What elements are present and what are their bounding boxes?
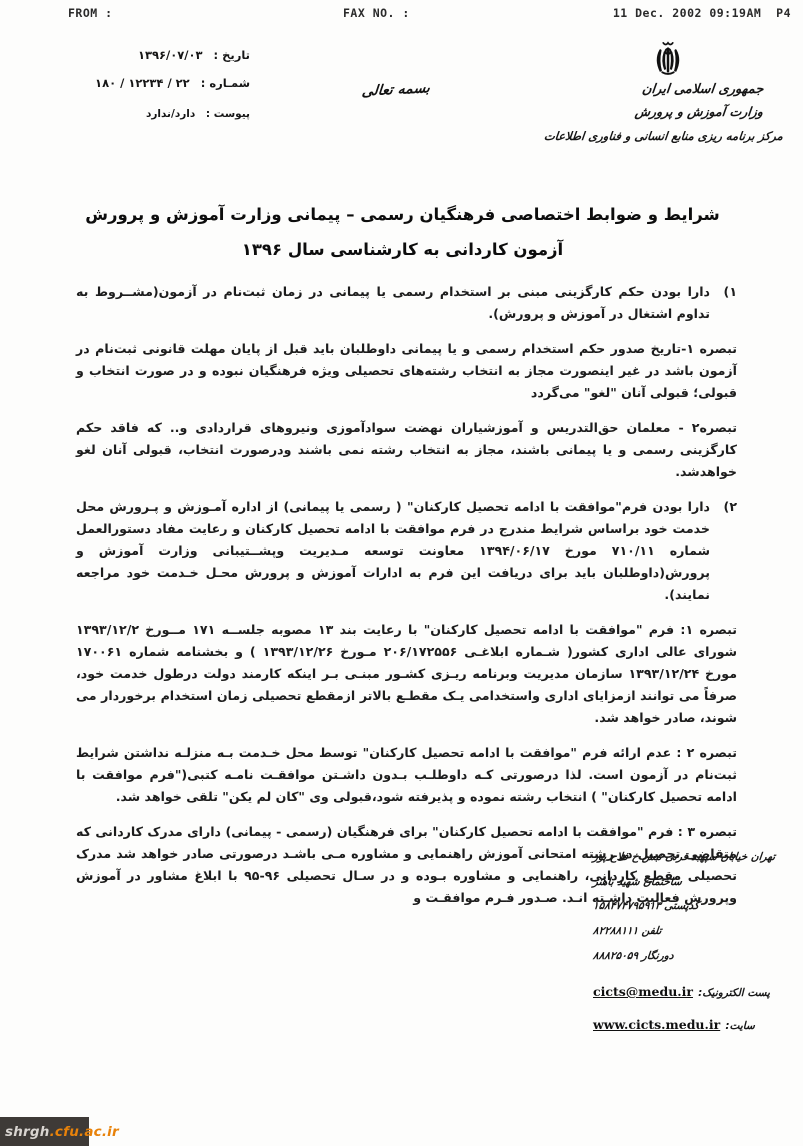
website-label: سایت: (725, 1020, 754, 1032)
note-2-text: تبصره۲ - معلمان حق‌التدریس و آموزشیاران … (76, 417, 737, 483)
watermark-suffix: .cfu.ac.ir (50, 1124, 119, 1140)
note-3-text: تبصره ۱: فرم "موافقت با ادامه تحصیل کارک… (76, 619, 737, 729)
date-label: تاریخ : (214, 48, 250, 62)
fax-from-label: FROM : (68, 6, 113, 20)
fax-datetime: 11 Dec. 2002 09:19AM P4 (613, 6, 791, 20)
address-line-2: ساختمان شهید باهنر (592, 876, 793, 888)
number-field: شمـاره : ۲۲ / ۱۲۲۳۴ / ۱۸۰ (95, 76, 250, 90)
document-title: شرایط و ضوابط اختصاصی فرهنگیان رسمی – پی… (80, 203, 725, 262)
item-1-marker: ۱) (710, 281, 737, 325)
fax-document-page: FROM : FAX NO. : 11 Dec. 2002 09:19AM P4… (0, 0, 803, 1146)
attachment-field: پیوست : دارد/ندارد (146, 108, 250, 120)
email-label: پست الکترونیک: (698, 987, 770, 999)
date-field: تاریخ : ۱۳۹۶/۰۷/۰۳ (138, 48, 250, 62)
number-label: شمـاره : (201, 76, 250, 90)
bismillah-text: بسمه تعالی (361, 80, 431, 100)
website-row: سایت: www.cicts.medu.ir (593, 1014, 793, 1033)
number-value: ۲۲ / ۱۲۲۳۴ / ۱۸۰ (95, 76, 190, 90)
title-line1: شرایط و ضوابط اختصاصی فرهنگیان رسمی – پی… (80, 203, 725, 227)
website-link[interactable]: www.cicts.medu.ir (593, 1017, 720, 1032)
postal-code-line: کدپستی ۱۵۸۴۷۴۷۹۵۹۱۳ (592, 900, 793, 912)
item-2-marker: ۲) (710, 496, 737, 606)
item-1-text: دارا بودن حکم کارگزینی مبنی بر استخدام ر… (76, 281, 710, 325)
email-link[interactable]: cicts@medu.ir (593, 984, 693, 999)
body-note-3: تبصره ۱: فرم "موافقت با ادامه تحصیل کارک… (76, 619, 737, 729)
date-value: ۱۳۹۶/۰۷/۰۳ (138, 48, 203, 62)
org-name-line3: مرکز برنامه ریزی منابع انسانی و فناوری ا… (543, 129, 783, 143)
body-note-1: تبصره ۱-تاریخ صدور حکم استخدام رسمی و یا… (76, 338, 737, 404)
attachment-label: پیوست : (206, 108, 250, 120)
contact-block: تهران خیابان سپهبد قرنی نبش خ فلاح پور س… (593, 851, 793, 1047)
address-line-1: تهران خیابان سپهبد قرنی نبش خ فلاح پور (592, 851, 793, 863)
title-line2: آزمون کاردانی به کارشناسی سال ۱۳۹۶ (80, 238, 725, 262)
phone-line: تلفن ۸۲۲۸۸۱۱۱ (592, 925, 793, 937)
attachment-value: دارد/ندارد (146, 108, 195, 120)
org-name-line1: جمهوری اسلامی ایران (641, 82, 764, 97)
body-item-2: ۲) دارا بودن فرم"موافقت با ادامه تحصیل ک… (76, 496, 737, 606)
iran-emblem-icon (648, 40, 688, 78)
fax-number-label: FAX NO. : (343, 6, 410, 20)
email-row: پست الکترونیک: cicts@medu.ir (593, 981, 793, 1000)
body-note-4: تبصره ۲ : عدم ارائه فرم "موافقت با ادامه… (76, 742, 737, 808)
watermark-stamp: shrgh.cfu.ac.ir (0, 1117, 89, 1146)
body-note-2: تبصره۲ - معلمان حق‌التدریس و آموزشیاران … (76, 417, 737, 483)
item-2-text: دارا بودن فرم"موافقت با ادامه تحصیل کارک… (76, 496, 710, 606)
org-name-line2: وزارت آموزش و پرورش (634, 104, 764, 119)
document-body: ۱) دارا بودن حکم کارگزینی مبنی بر استخدا… (76, 281, 737, 922)
fax-line: دورنگار ۸۸۸۲۵۰۵۹ (592, 950, 793, 962)
watermark-prefix: shrgh (5, 1124, 50, 1140)
body-item-1: ۱) دارا بودن حکم کارگزینی مبنی بر استخدا… (76, 281, 737, 325)
note-4-text: تبصره ۲ : عدم ارائه فرم "موافقت با ادامه… (76, 742, 737, 808)
note-1-text: تبصره ۱-تاریخ صدور حکم استخدام رسمی و یا… (76, 338, 737, 404)
